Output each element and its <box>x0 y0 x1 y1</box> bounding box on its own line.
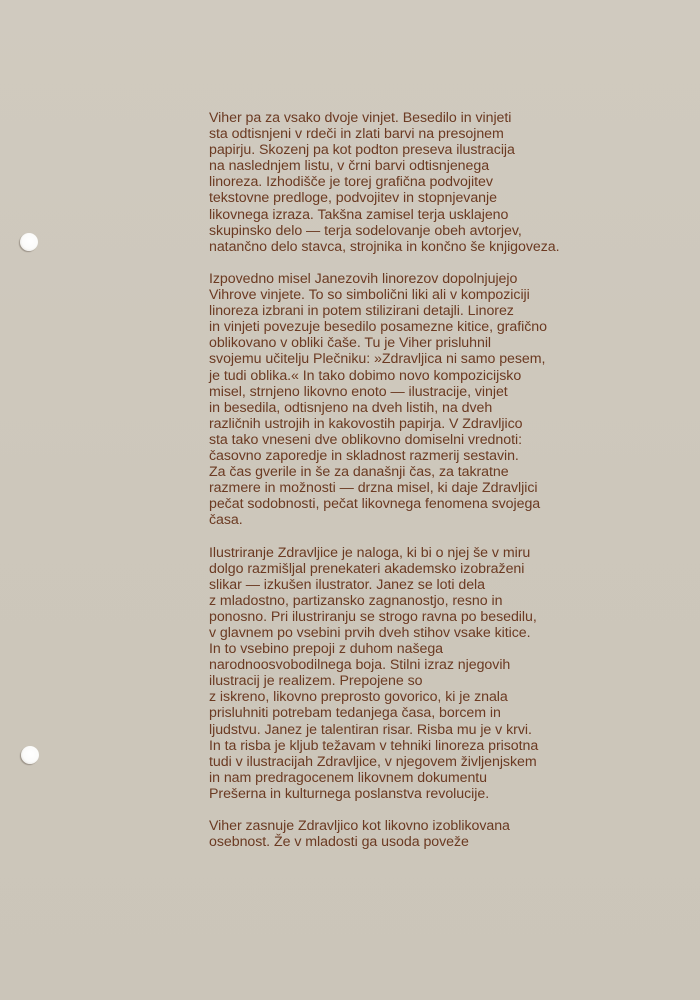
text-line: ponosno. Pri ilustriranju se strogo ravn… <box>209 609 609 625</box>
punch-hole-bottom <box>21 746 39 764</box>
text-line: z mladostno, partizansko zagnanostjo, re… <box>209 593 609 609</box>
text-line: papirju. Skozenj pa kot podton preseva i… <box>209 142 609 158</box>
text-line: je tudi oblika.« In tako dobimo novo kom… <box>209 368 609 384</box>
text-line: v glavnem po vsebini prvih dveh stihov v… <box>209 625 609 641</box>
text-line: z iskreno, likovno preprosto govorico, k… <box>209 689 609 705</box>
text-line: osebnost. Že v mladosti ga usoda poveže <box>209 834 609 850</box>
punch-hole-top <box>20 233 38 251</box>
text-line: oblikovano v obliki čaše. Tu je Viher pr… <box>209 335 609 351</box>
body-text: Viher pa za vsako dvoje vinjet. Besedilo… <box>209 110 609 866</box>
text-line: sta odtisnjeni v rdeči in zlati barvi na… <box>209 126 609 142</box>
text-line: In to vsebino prepoji z duhom našega <box>209 641 609 657</box>
text-line: pečat sodobnosti, pečat likovnega fenome… <box>209 496 609 512</box>
text-line: svojemu učitelju Plečniku: »Zdravljica n… <box>209 351 609 367</box>
text-line: različnih ustrojih in kakovostih papirja… <box>209 416 609 432</box>
text-line: in besedila, odtisnjeno na dveh listih, … <box>209 400 609 416</box>
text-line: in vinjeti povezuje besedilo posamezne k… <box>209 319 609 335</box>
text-line: prisluhniti potrebam tedanjega časa, bor… <box>209 705 609 721</box>
paragraph: Izpovedno misel Janezovih linorezov dopo… <box>209 271 609 529</box>
text-line: natančno delo stavca, strojnika in končn… <box>209 239 609 255</box>
text-line: Prešerna in kulturnega poslanstva revolu… <box>209 786 609 802</box>
text-line: Ilustriranje Zdravljice je naloga, ki bi… <box>209 545 609 561</box>
paragraph: Ilustriranje Zdravljice je naloga, ki bi… <box>209 545 609 803</box>
text-line: misel, strnjeno likovno enoto — ilustrac… <box>209 384 609 400</box>
text-line: Vihrove vinjete. To so simbolični liki a… <box>209 287 609 303</box>
text-line: na naslednjem listu, v črni barvi odtisn… <box>209 158 609 174</box>
text-line: linoreza. Izhodišče je torej grafična po… <box>209 174 609 190</box>
text-line: časa. <box>209 512 609 528</box>
paragraph: Viher zasnuje Zdravljico kot likovno izo… <box>209 818 609 850</box>
text-line: slikar — izkušen ilustrator. Janez se lo… <box>209 577 609 593</box>
text-line: tekstovne predloge, podvojitev in stopnj… <box>209 190 609 206</box>
text-line: In ta risba je kljub težavam v tehniki l… <box>209 738 609 754</box>
paragraph: Viher pa za vsako dvoje vinjet. Besedilo… <box>209 110 609 255</box>
text-line: ilustracij je realizem. Prepojene so <box>209 673 609 689</box>
text-line: likovnega izraza. Takšna zamisel terja u… <box>209 207 609 223</box>
text-line: razmere in možnosti — drzna misel, ki da… <box>209 480 609 496</box>
text-line: sta tako vneseni dve oblikovno domiselni… <box>209 432 609 448</box>
text-line: Izpovedno misel Janezovih linorezov dopo… <box>209 271 609 287</box>
text-line: skupinsko delo — terja sodelovanje obeh … <box>209 223 609 239</box>
text-line: dolgo razmišljal prenekateri akademsko i… <box>209 561 609 577</box>
text-line: in nam predragocenem likovnem dokumentu <box>209 770 609 786</box>
text-line: ljudstvu. Janez je talentiran risar. Ris… <box>209 722 609 738</box>
text-line: tudi v ilustracijah Zdravljice, v njegov… <box>209 754 609 770</box>
text-line: Za čas gverile in še za današnji čas, za… <box>209 464 609 480</box>
text-line: Viher pa za vsako dvoje vinjet. Besedilo… <box>209 110 609 126</box>
text-line: časovno zaporedje in skladnost razmerij … <box>209 448 609 464</box>
text-line: Viher zasnuje Zdravljico kot likovno izo… <box>209 818 609 834</box>
text-line: linoreza izbrani in potem stilizirani de… <box>209 303 609 319</box>
scanned-page: Viher pa za vsako dvoje vinjet. Besedilo… <box>0 0 700 1000</box>
text-line: narodnoosvobodilnega boja. Stilni izraz … <box>209 657 609 673</box>
